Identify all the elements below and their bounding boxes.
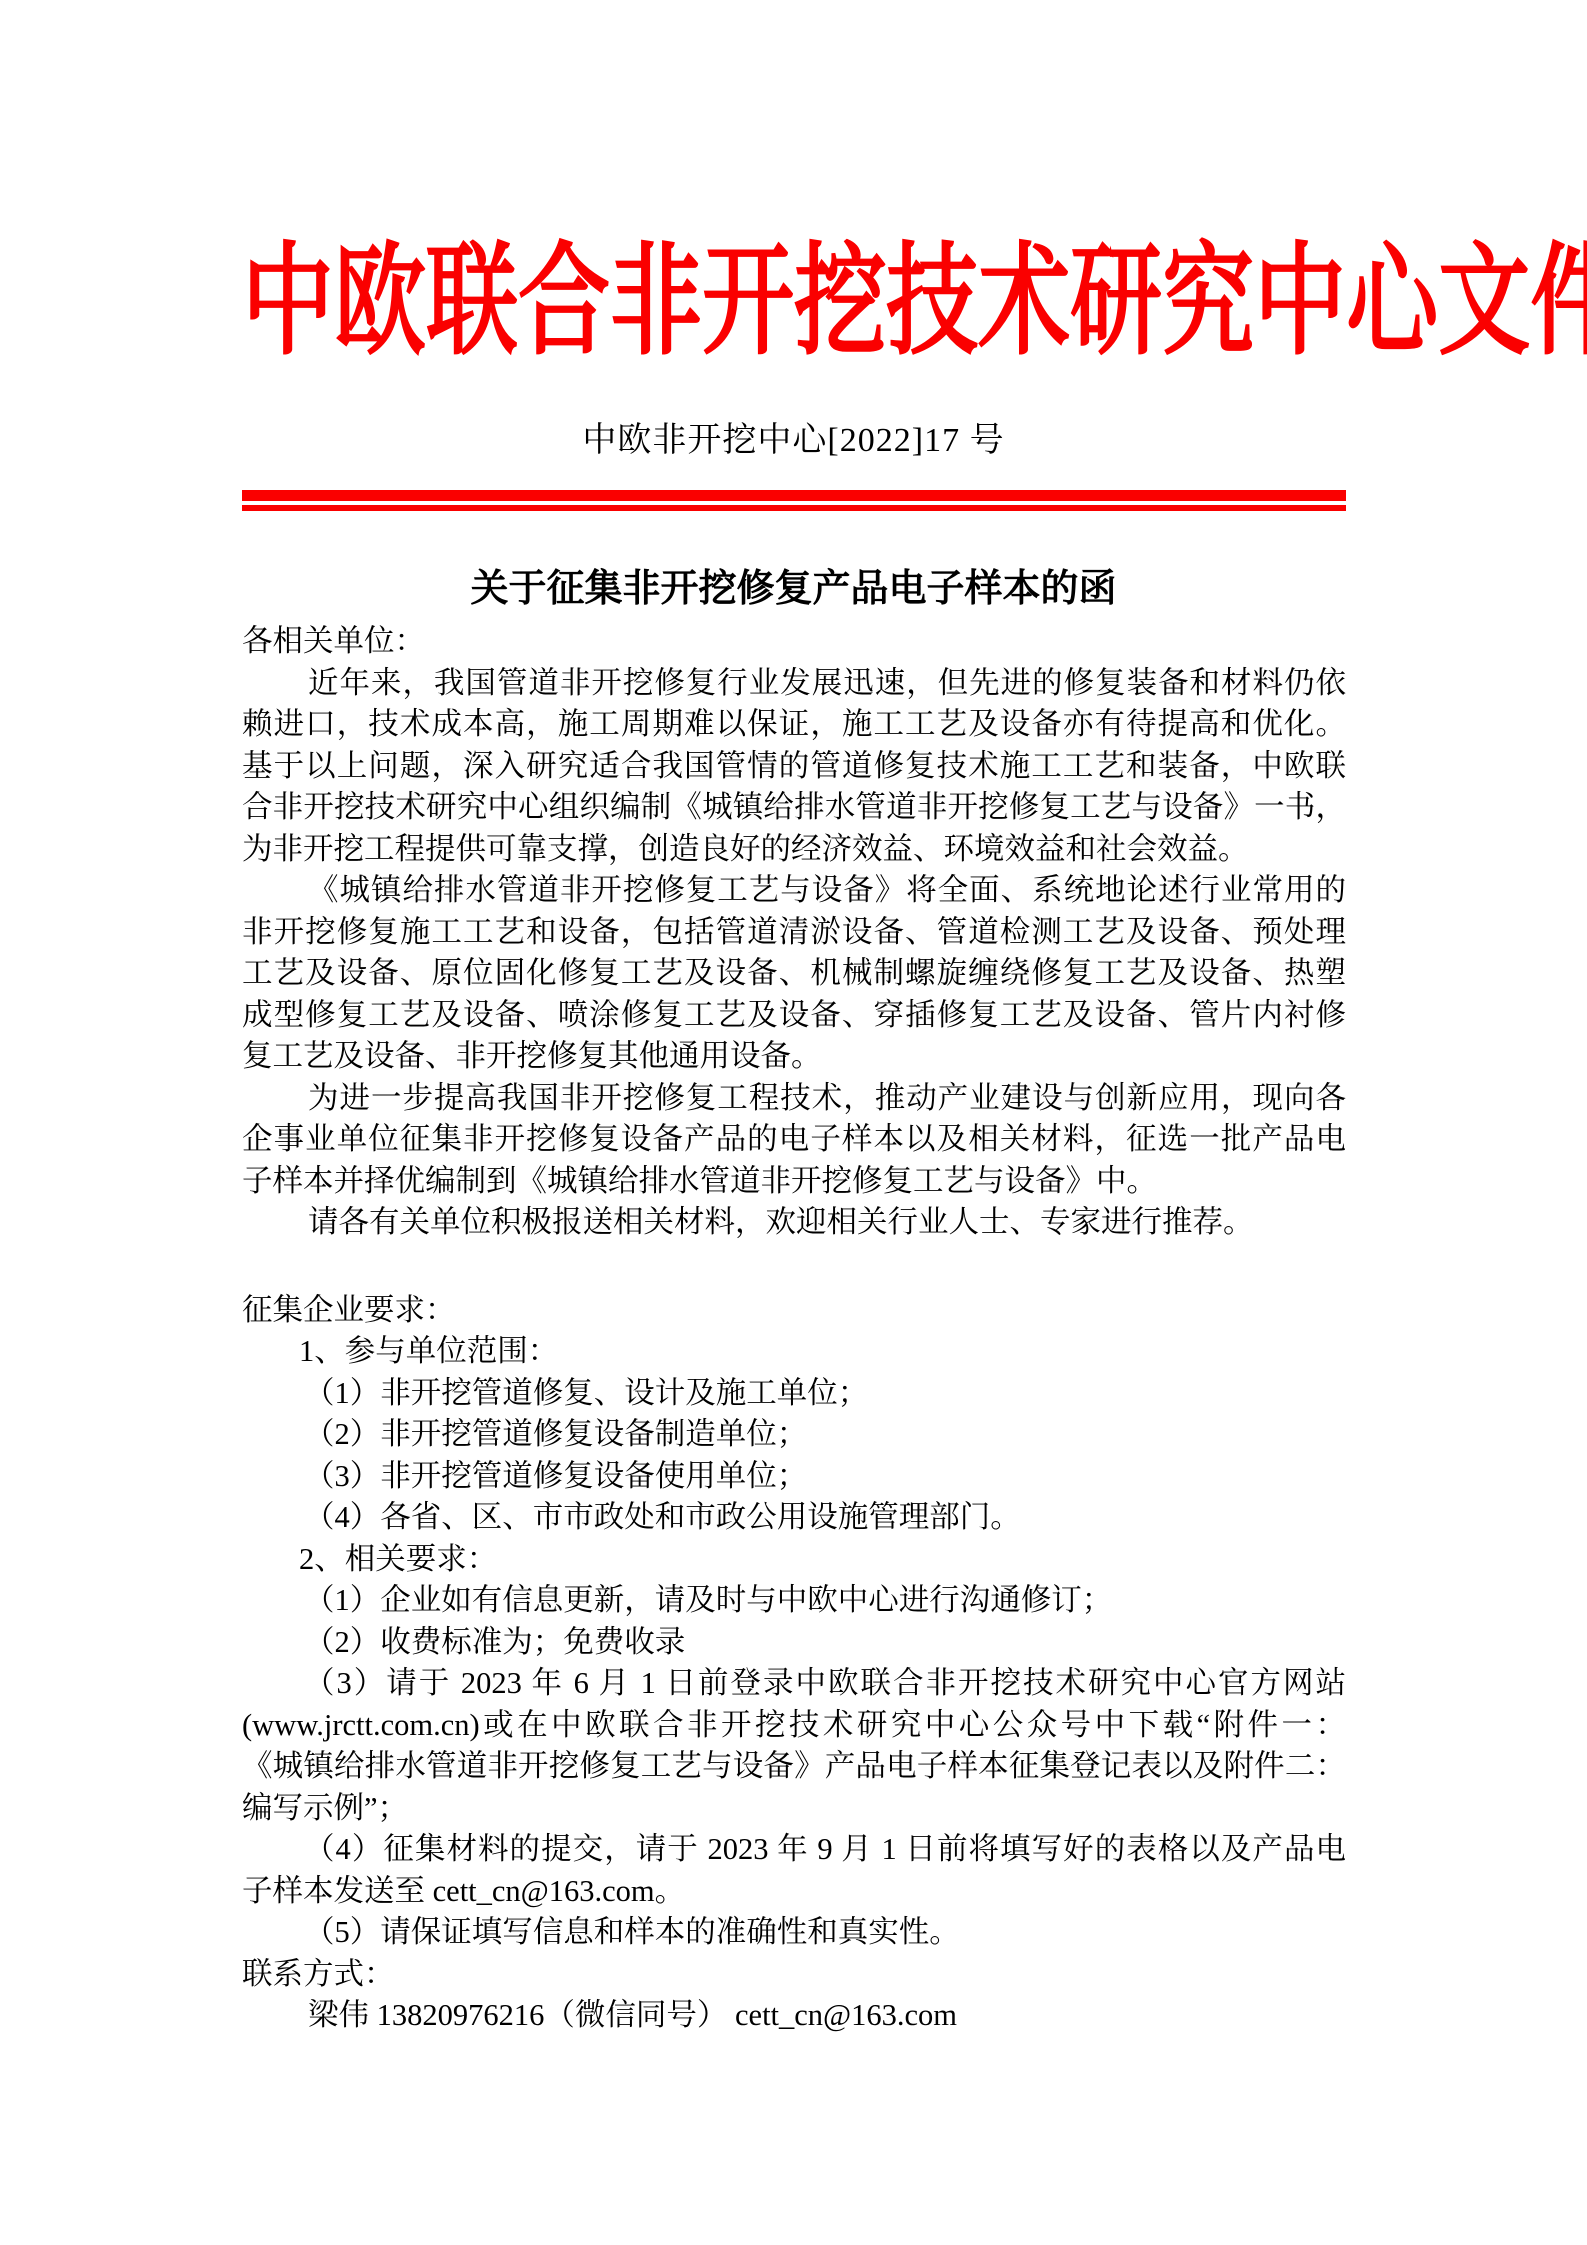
- text-line: 合非开挖技术研究中心组织编制《城镇给排水管道非开挖修复工艺与设备》一书，: [242, 787, 1346, 829]
- text-line: 梁伟 13820976216（微信同号） cett_cn@163.com: [242, 1995, 1346, 2037]
- text-line: 编写示例”；: [242, 1788, 1346, 1830]
- text-line: （4）各省、区、市市政处和市政公用设施管理部门。: [242, 1497, 1346, 1539]
- banner-char: 非: [610, 241, 702, 362]
- doc-number: 中欧非开挖中心[2022]17 号: [0, 421, 1587, 461]
- banner-char: 中: [242, 241, 334, 362]
- banner-char: 欧: [334, 241, 426, 362]
- blank-line: [242, 1244, 1346, 1290]
- text-line: 1、参与单位范围：: [242, 1331, 1346, 1373]
- text-line: 子样本发送至 cett_cn@163.com。: [242, 1871, 1346, 1913]
- text-line: 近年来，我国管道非开挖修复行业发展迅速，但先进的修复装备和材料仍依: [242, 663, 1346, 705]
- banner-char: 技: [886, 241, 978, 362]
- text-line: （5）请保证填写信息和样本的准确性和真实性。: [242, 1912, 1346, 1954]
- text-line: 《城镇给排水管道非开挖修复工艺与设备》将全面、系统地论述行业常用的: [242, 870, 1346, 912]
- red-separator-thin: [242, 505, 1346, 511]
- banner-char: 开: [702, 241, 794, 362]
- document-page: 中欧联合非开挖技术研究中心文件 中欧非开挖中心[2022]17 号 关于征集非开…: [0, 0, 1587, 2245]
- text-line: （4）征集材料的提交，请于 2023 年 9 月 1 日前将填写好的表格以及产品…: [242, 1829, 1346, 1871]
- text-line: 工艺及设备、原位固化修复工艺及设备、机械制螺旋缠绕修复工艺及设备、热塑: [242, 953, 1346, 995]
- text-line: (www.jrctt.com.cn)或在中欧联合非开挖技术研究中心公众号中下载“…: [242, 1705, 1346, 1747]
- text-line: 征集企业要求：: [242, 1290, 1346, 1332]
- text-line: （1）非开挖管道修复、设计及施工单位；: [242, 1373, 1346, 1415]
- text-line: （2）非开挖管道修复设备制造单位；: [242, 1414, 1346, 1456]
- text-line: 企事业单位征集非开挖修复设备产品的电子样本以及相关材料，征选一批产品电: [242, 1119, 1346, 1161]
- red-separator-thick: [242, 490, 1346, 501]
- banner-char: 究: [1162, 241, 1254, 362]
- letterhead-banner-title: 中欧联合非开挖技术研究中心文件: [242, 238, 1346, 366]
- text-line: 子样本并择优编制到《城镇给排水管道非开挖修复工艺与设备》中。: [242, 1161, 1346, 1203]
- banner-char: 研: [1070, 241, 1162, 362]
- text-line: （3）非开挖管道修复设备使用单位；: [242, 1456, 1346, 1498]
- text-line: 赖进口，技术成本高，施工周期难以保证，施工工艺及设备亦有待提高和优化。: [242, 704, 1346, 746]
- banner-char: 术: [978, 241, 1070, 362]
- banner-char: 中: [1254, 241, 1346, 362]
- banner-char: 件: [1530, 241, 1587, 362]
- banner-char: 文: [1438, 241, 1530, 362]
- text-line: 联系方式：: [242, 1954, 1346, 1996]
- text-line: 《城镇给排水管道非开挖修复工艺与设备》产品电子样本征集登记表以及附件二：: [242, 1746, 1346, 1788]
- banner-char: 合: [518, 241, 610, 362]
- banner-char: 联: [426, 241, 518, 362]
- banner-char: 挖: [794, 241, 886, 362]
- text-line: （1）企业如有信息更新，请及时与中欧中心进行沟通修订；: [242, 1580, 1346, 1622]
- text-line: （2）收费标准为；免费收录: [242, 1622, 1346, 1664]
- text-line: （3）请于 2023 年 6 月 1 日前登录中欧联合非开挖技术研究中心官方网站: [242, 1663, 1346, 1705]
- letter-title: 关于征集非开挖修复产品电子样本的函: [0, 566, 1587, 612]
- text-line: 非开挖修复施工工艺和设备，包括管道清淤设备、管道检测工艺及设备、预处理: [242, 912, 1346, 954]
- text-line: 各相关单位：: [242, 621, 1346, 663]
- letter-body: 各相关单位：近年来，我国管道非开挖修复行业发展迅速，但先进的修复装备和材料仍依赖…: [242, 621, 1346, 2037]
- text-line: 为非开挖工程提供可靠支撑，创造良好的经济效益、环境效益和社会效益。: [242, 829, 1346, 871]
- text-line: 请各有关单位积极报送相关材料，欢迎相关行业人士、专家进行推荐。: [242, 1202, 1346, 1244]
- text-line: 复工艺及设备、非开挖修复其他通用设备。: [242, 1036, 1346, 1078]
- banner-char: 心: [1346, 241, 1438, 362]
- text-line: 为进一步提高我国非开挖修复工程技术，推动产业建设与创新应用，现向各: [242, 1078, 1346, 1120]
- text-line: 基于以上问题，深入研究适合我国管情的管道修复技术施工工艺和装备，中欧联: [242, 746, 1346, 788]
- text-line: 2、相关要求：: [242, 1539, 1346, 1581]
- text-line: 成型修复工艺及设备、喷涂修复工艺及设备、穿插修复工艺及设备、管片内衬修: [242, 995, 1346, 1037]
